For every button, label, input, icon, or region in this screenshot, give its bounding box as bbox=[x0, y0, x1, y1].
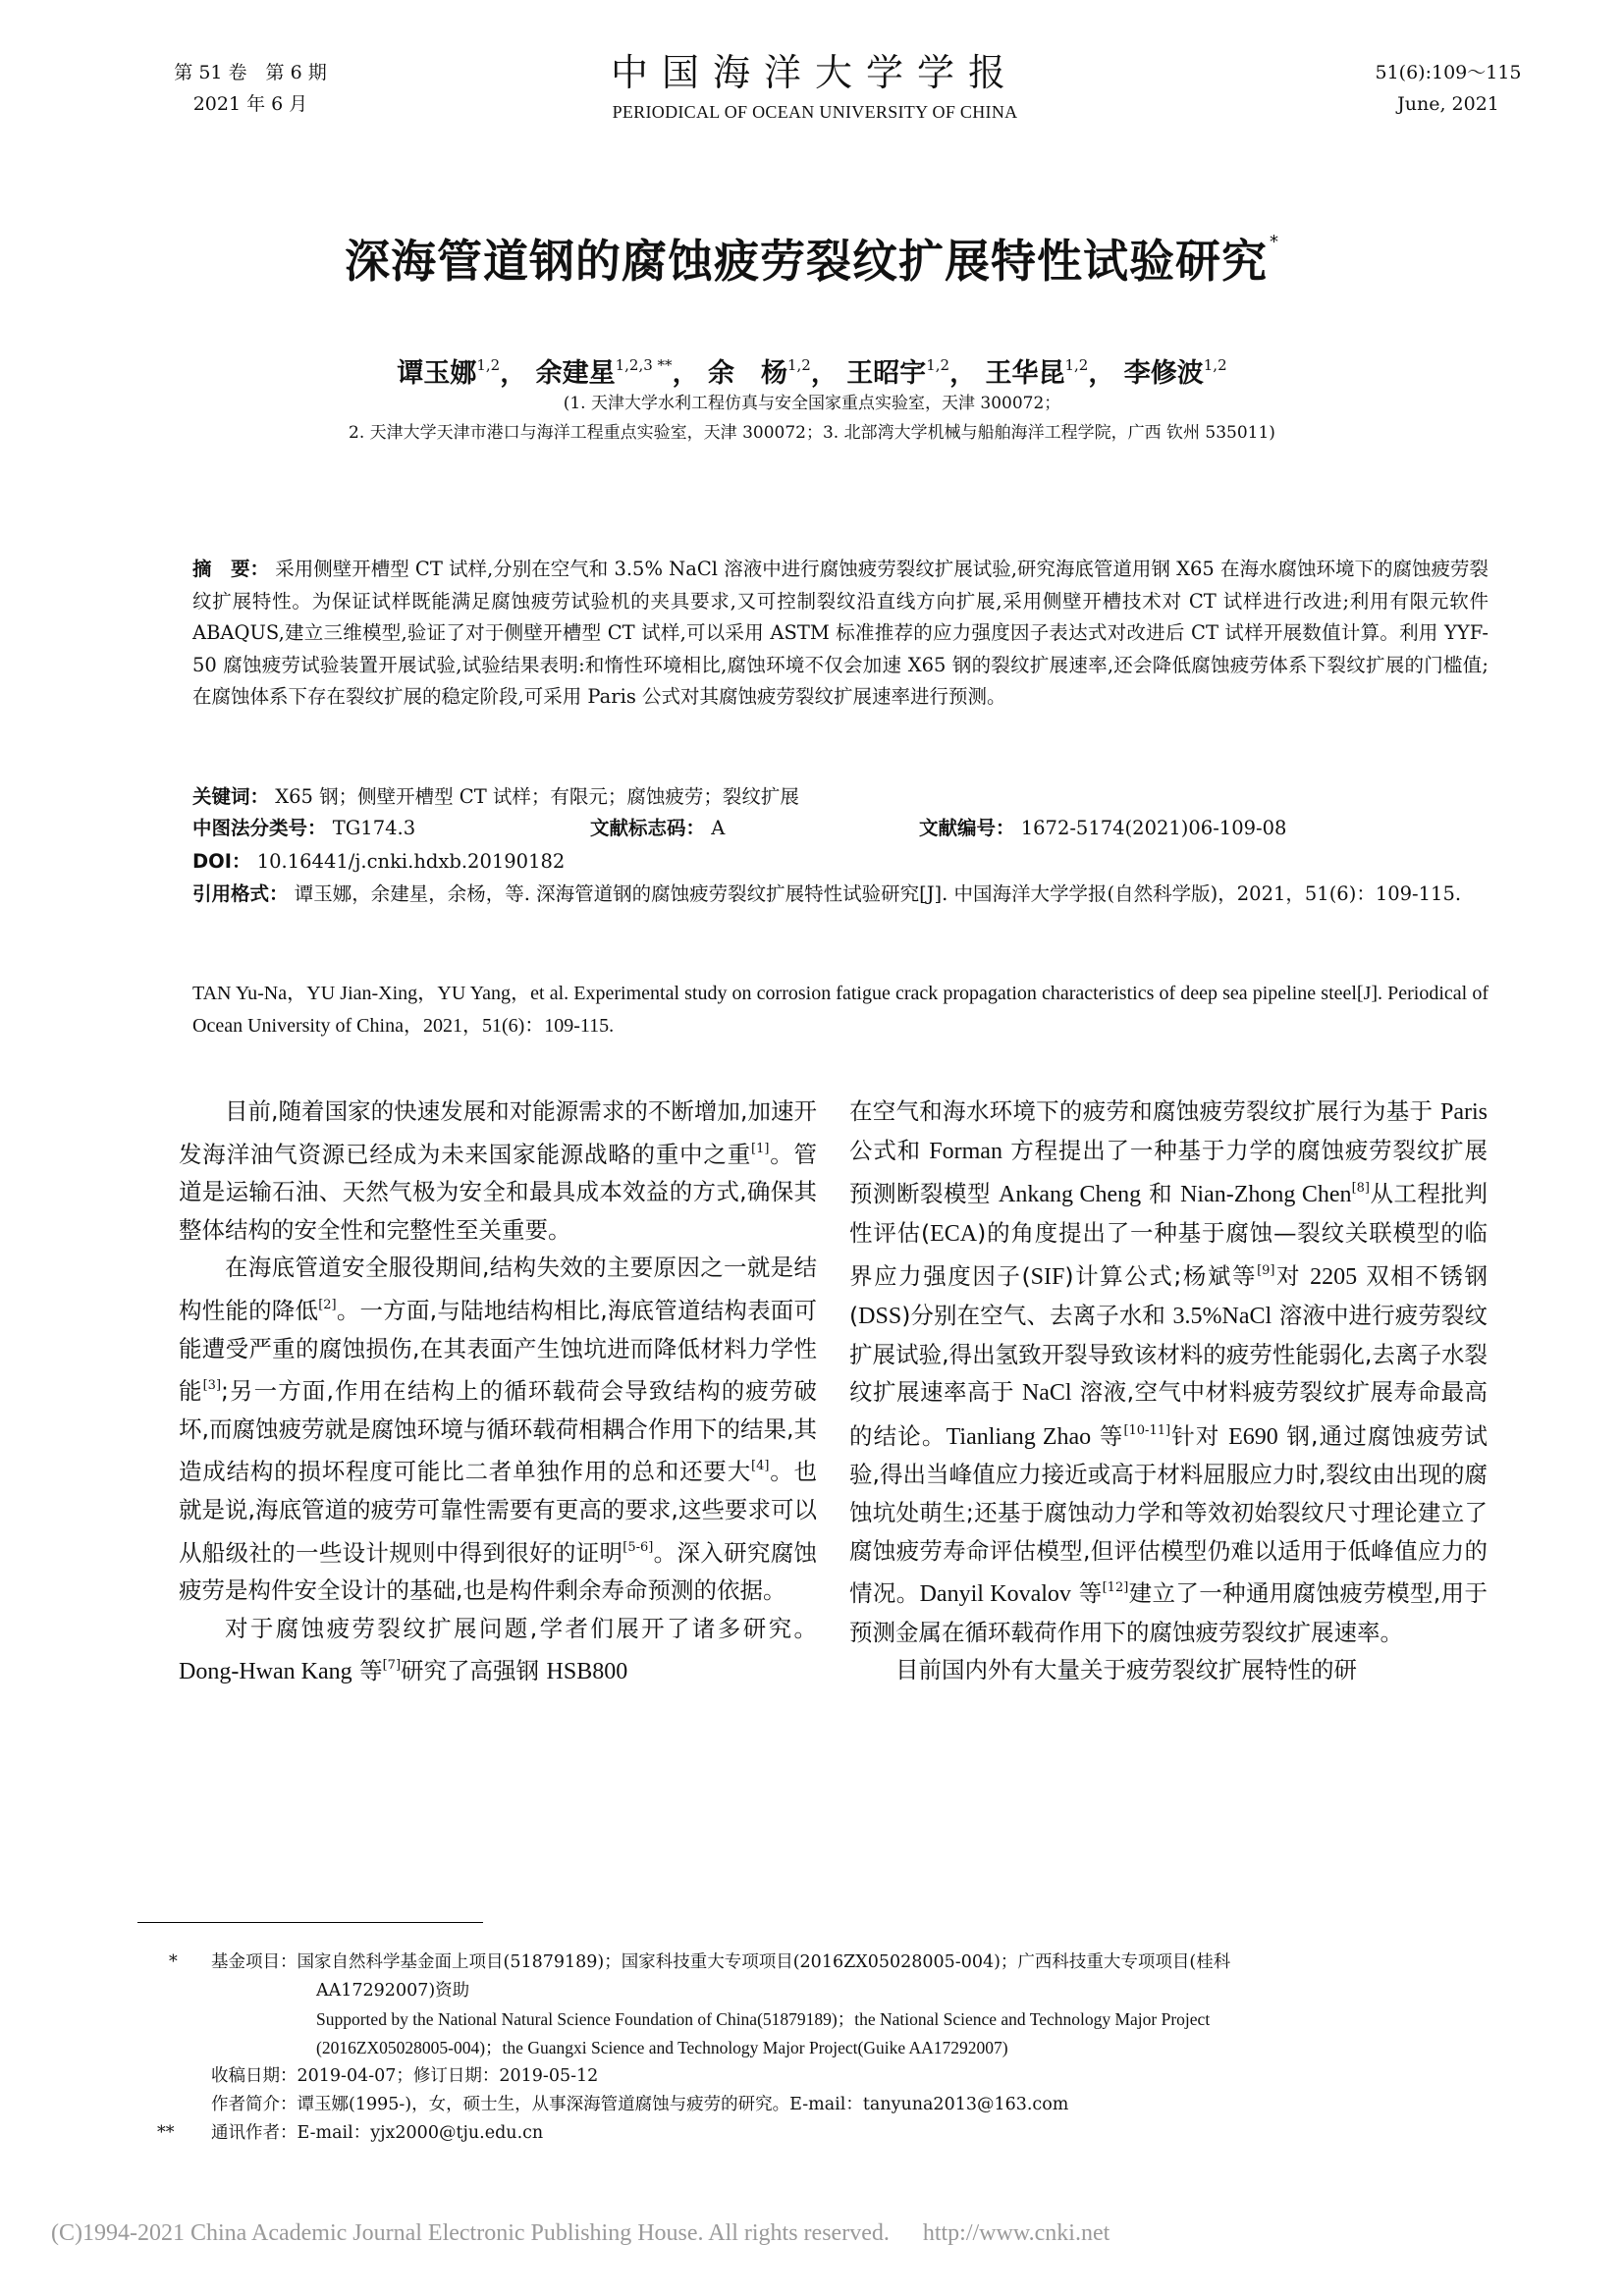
author-list: 谭玉娜1,2， 余建星1,2,3 **， 余 杨1,2， 王昭宇1,2， 王华昆… bbox=[0, 346, 1624, 394]
citation-label: 引用格式： bbox=[192, 882, 289, 905]
volume-issue: 第 51 卷 第 6 期 bbox=[147, 57, 353, 88]
doi-value[interactable]: 10.16441/j.cnki.hdxb.20190182 bbox=[257, 846, 566, 878]
affiliation-line-2: 2. 天津大学天津市港口与海洋工程重点实验室，天津 300072；3. 北部湾大… bbox=[0, 420, 1624, 446]
funding-en-line-1: Supported by the National Natural Scienc… bbox=[211, 2005, 1542, 2034]
citation-cn: 引用格式： 谭玉娜，余建星，余杨，等. 深海管道钢的腐蚀疲劳裂纹扩展特性试验研究… bbox=[192, 879, 1489, 911]
document-code-value: A bbox=[711, 813, 725, 844]
paper-title-text: 深海管道钢的腐蚀疲劳裂纹扩展特性试验研究 bbox=[345, 235, 1268, 288]
author: 余建星1,2,3 ** bbox=[536, 358, 673, 389]
paragraph: 目前国内外有大量关于疲劳裂纹扩展特性的研 bbox=[849, 1651, 1488, 1689]
title-footnote-mark: * bbox=[1270, 232, 1279, 252]
corresponding-mark: ** bbox=[157, 2119, 175, 2148]
copyright-text: (C)1994-2021 China Academic Journal Elec… bbox=[51, 2220, 890, 2246]
journal-title-cn: 中国海洋大学学报 bbox=[442, 47, 1188, 98]
author: 余 杨1,2 bbox=[708, 358, 811, 389]
journal-title-en: PERIODICAL OF OCEAN UNIVERSITY OF CHINA bbox=[442, 98, 1188, 126]
affiliation-line-1: (1. 天津大学水利工程仿真与安全国家重点实验室，天津 300072； bbox=[0, 391, 1624, 416]
abstract: 摘 要： 采用侧壁开槽型 CT 试样,分别在空气和 3.5% NaCl 溶液中进… bbox=[192, 554, 1489, 714]
body-left-column: 目前,随着国家的快速发展和对能源需求的不断增加,加速开发海洋油气资源已经成为未来… bbox=[179, 1093, 817, 1691]
footnote-dates: 收稿日期：2019-04-07；修订日期：2019-05-12 bbox=[137, 2062, 1542, 2091]
document-code: 文献标志码： A bbox=[590, 813, 725, 844]
footnote-divider bbox=[137, 1922, 483, 1923]
author: 谭玉娜1,2 bbox=[397, 358, 500, 389]
author: 王昭宇1,2 bbox=[846, 358, 949, 389]
page-range: 51(6):109～115 bbox=[1335, 57, 1561, 88]
citation-cn-text: 谭玉娜，余建星，余杨，等. 深海管道钢的腐蚀疲劳裂纹扩展特性试验研究[J]. 中… bbox=[295, 882, 1461, 905]
copyright-notice: (C)1994-2021 China Academic Journal Elec… bbox=[51, 2220, 1406, 2247]
header-journal: 中国海洋大学学报 PERIODICAL OF OCEAN UNIVERSITY … bbox=[442, 47, 1188, 126]
body-right-column: 在空气和海水环境下的疲劳和腐蚀疲劳裂纹扩展行为基于 Paris 公式和 Form… bbox=[849, 1093, 1488, 1689]
keywords-label: 关键词： bbox=[192, 781, 269, 813]
funding-en-line-2: (2016ZX05028005-004)；the Guangxi Science… bbox=[211, 2034, 1542, 2062]
paragraph: 在空气和海水环境下的疲劳和腐蚀疲劳裂纹扩展行为基于 Paris 公式和 Form… bbox=[849, 1093, 1488, 1651]
corresponding-email: 通讯作者：E-mail：yjx2000@tju.edu.cn bbox=[137, 2119, 1542, 2148]
date-cn: 2021 年 6 月 bbox=[147, 88, 353, 120]
funding-cn-line-2: AA17292007)资助 bbox=[211, 1977, 1542, 2005]
paragraph: 对于腐蚀疲劳裂纹扩展问题,学者们展开了诸多研究。Dong-Hwan Kang 等… bbox=[179, 1610, 817, 1691]
abstract-text: 采用侧壁开槽型 CT 试样,分别在空气和 3.5% NaCl 溶液中进行腐蚀疲劳… bbox=[192, 558, 1489, 708]
article-number: 文献编号： 1672-5174(2021)06-109-08 bbox=[919, 813, 1286, 844]
clc: 中图法分类号： TG174.3 bbox=[192, 813, 415, 844]
header-right: 51(6):109～115 June, 2021 bbox=[1335, 57, 1561, 120]
clc-value: TG174.3 bbox=[333, 813, 415, 844]
abstract-label: 摘 要： bbox=[192, 558, 269, 580]
paper-title: 深海管道钢的腐蚀疲劳裂纹扩展特性试验研究* bbox=[0, 211, 1624, 293]
cnki-link[interactable]: http://www.cnki.net bbox=[923, 2220, 1110, 2246]
paragraph: 目前,随着国家的快速发展和对能源需求的不断增加,加速开发海洋油气资源已经成为未来… bbox=[179, 1093, 817, 1249]
article-number-value: 1672-5174(2021)06-109-08 bbox=[1021, 813, 1287, 844]
author: 王华昆1,2 bbox=[986, 358, 1089, 389]
funding-mark: * bbox=[169, 1949, 178, 1977]
doi: DOI： 10.16441/j.cnki.hdxb.20190182 bbox=[192, 846, 1489, 878]
footnote-author-bio: 作者简介：谭玉娜(1995-)，女，硕士生，从事深海管道腐蚀与疲劳的研究。E-m… bbox=[137, 2091, 1542, 2119]
citation-en: TAN Yu-Na，YU Jian-Xing，YU Yang，et al. Ex… bbox=[192, 978, 1489, 1041]
author: 李修波1,2 bbox=[1124, 358, 1227, 389]
keywords-text: X65 钢；侧壁开槽型 CT 试样；有限元；腐蚀疲劳；裂纹扩展 bbox=[275, 781, 799, 813]
footnote-corresponding-author: ** 通讯作者：E-mail：yjx2000@tju.edu.cn bbox=[137, 2119, 1542, 2148]
header-left: 第 51 卷 第 6 期 2021 年 6 月 bbox=[147, 57, 353, 120]
date-en: June, 2021 bbox=[1335, 88, 1561, 120]
paragraph: 在海底管道安全服役期间,结构失效的主要原因之一就是结构性能的降低[2]。一方面,… bbox=[179, 1249, 817, 1609]
keywords: 关键词： X65 钢；侧壁开槽型 CT 试样；有限元；腐蚀疲劳；裂纹扩展 bbox=[192, 781, 1489, 813]
funding-cn-line-1: 基金项目：国家自然科学基金面上项目(51879189)；国家科技重大专项项目(2… bbox=[211, 1949, 1542, 1977]
footnote-funding: * 基金项目：国家自然科学基金面上项目(51879189)；国家科技重大专项项目… bbox=[137, 1949, 1542, 2066]
doi-label: DOI： bbox=[192, 846, 251, 878]
